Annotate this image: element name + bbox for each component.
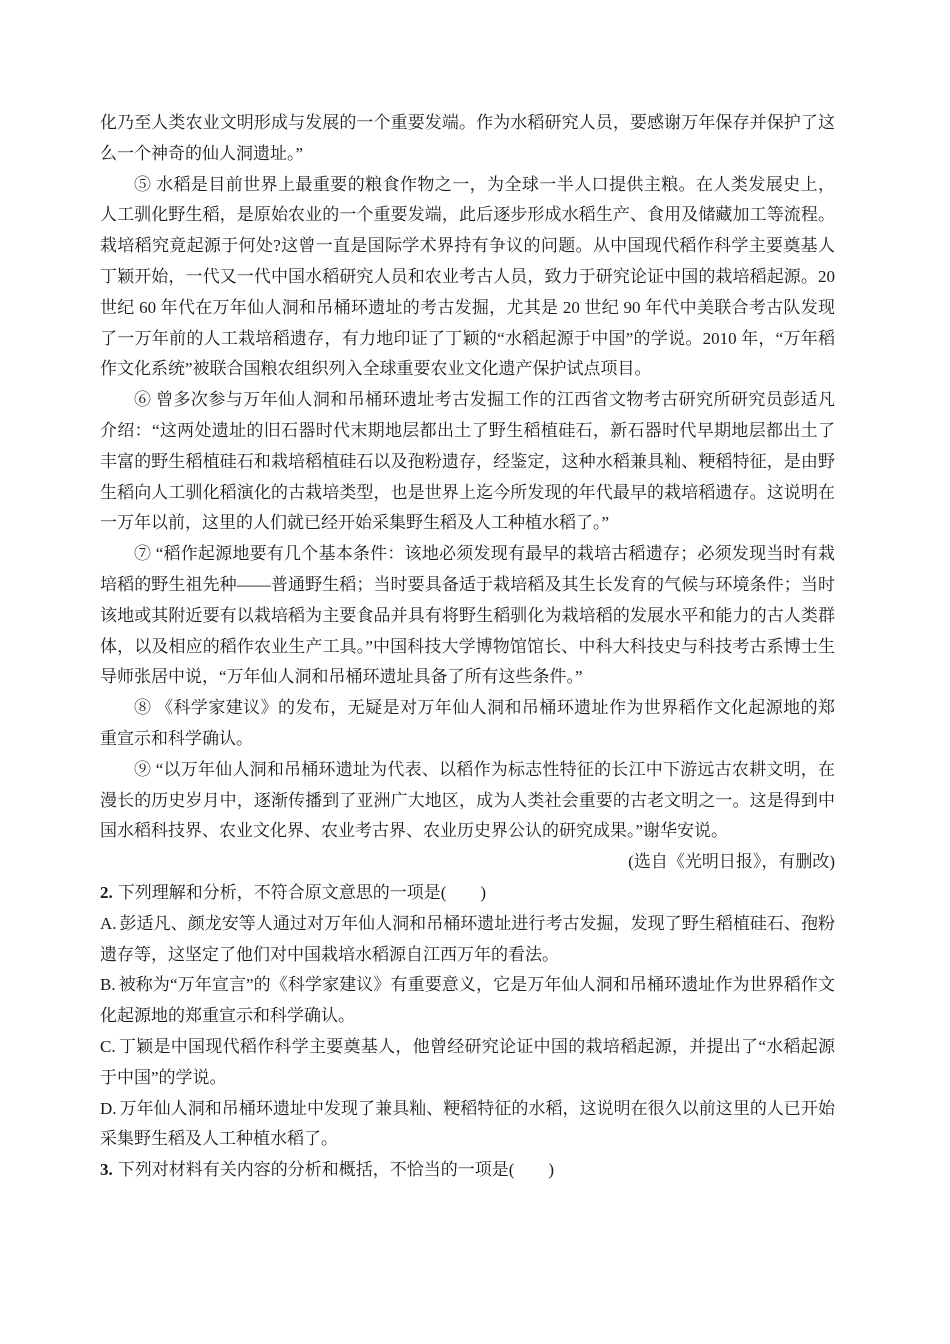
option-c: C.丁颖是中国现代稻作科学主要奠基人，他曾经研究论证中国的栽培稻起源，并提出了“…: [100, 1032, 835, 1094]
para-7: ⑦ “稻作起源地要有几个基本条件：该地必须发现有最早的栽培古稻遗存；必须发现当时…: [100, 539, 835, 693]
question-2-answer-blank: ( ): [441, 883, 486, 902]
question-3-number: 3.: [100, 1160, 113, 1179]
option-c-label: C.: [100, 1037, 116, 1056]
option-a: A.彭适凡、颜龙安等人通过对万年仙人洞和吊桶环遗址进行考古发掘，发现了野生稻植硅…: [100, 909, 835, 971]
option-b-label: B.: [100, 975, 116, 994]
option-d: D.万年仙人洞和吊桶环遗址中发现了兼具籼、粳稻特征的水稻，这说明在很久以前这里的…: [100, 1094, 835, 1156]
para-9: ⑨ “以万年仙人洞和吊桶环遗址为代表、以稻作为标志性特征的长江中下游远古农耕文明…: [100, 755, 835, 847]
para-8: ⑧ 《科学家建议》的发布，无疑是对万年仙人洞和吊桶环遗址作为世界稻作文化起源地的…: [100, 693, 835, 755]
question-3: 3.下列对材料有关内容的分析和概括，不恰当的一项是( ): [100, 1155, 835, 1186]
document-page: 化乃至人类农业文明形成与发展的一个重要发端。作为水稻研究人员，要感谢万年保存并保…: [0, 0, 950, 1344]
question-3-answer-blank: ( ): [509, 1160, 554, 1179]
question-3-stem: 下列对材料有关内容的分析和概括，不恰当的一项是: [118, 1160, 509, 1179]
para-6: ⑥ 曾多次参与万年仙人洞和吊桶环遗址考古发掘工作的江西省文物考古研究所研究员彭适…: [100, 385, 835, 539]
question-2-number: 2.: [100, 883, 113, 902]
question-2-stem: 下列理解和分析，不符合原文意思的一项是: [118, 883, 441, 902]
option-a-text: 彭适凡、颜龙安等人通过对万年仙人洞和吊桶环遗址进行考古发掘，发现了野生稻植硅石、…: [100, 914, 835, 964]
option-d-label: D.: [100, 1099, 117, 1118]
para-4-continuation: 化乃至人类农业文明形成与发展的一个重要发端。作为水稻研究人员，要感谢万年保存并保…: [100, 108, 835, 170]
option-b-text: 被称为“万年宣言”的《科学家建议》有重要意义，它是万年仙人洞和吊桶环遗址作为世界…: [100, 975, 835, 1025]
source-attribution: (选自《光明日报》，有删改): [100, 847, 835, 878]
reading-passage: 化乃至人类农业文明形成与发展的一个重要发端。作为水稻研究人员，要感谢万年保存并保…: [100, 108, 835, 1186]
option-a-label: A.: [100, 914, 117, 933]
option-c-text: 丁颖是中国现代稻作科学主要奠基人，他曾经研究论证中国的栽培稻起源，并提出了“水稻…: [100, 1037, 835, 1087]
question-2: 2.下列理解和分析，不符合原文意思的一项是( ): [100, 878, 835, 909]
para-5: ⑤ 水稻是目前世界上最重要的粮食作物之一，为全球一半人口提供主粮。在人类发展史上…: [100, 170, 835, 386]
option-d-text: 万年仙人洞和吊桶环遗址中发现了兼具籼、粳稻特征的水稻，这说明在很久以前这里的人已…: [100, 1099, 835, 1149]
option-b: B.被称为“万年宣言”的《科学家建议》有重要意义，它是万年仙人洞和吊桶环遗址作为…: [100, 970, 835, 1032]
